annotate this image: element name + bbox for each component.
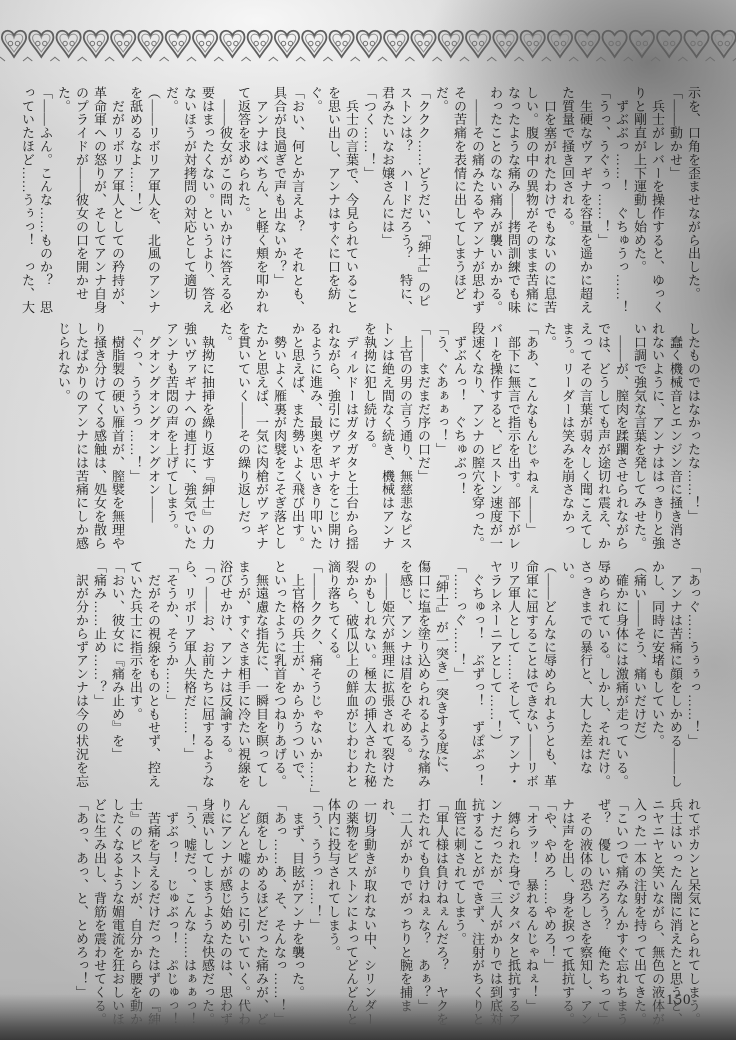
text-column: 「――まだまだ序の口だ」 <box>414 322 432 558</box>
text-column: まうが、すぐさま相手に冷たい視線を <box>234 560 252 796</box>
text-column: 滴り落ちてくる。 <box>324 560 342 796</box>
text-column: ずぶんっ！ ぐちゅぶっ！ <box>450 322 468 558</box>
text-column: ――その痛みたるやアンナが思わず <box>468 86 486 322</box>
text-band-3: 「あっぐ……うぅぅっ……！」 アンナは苦痛に顔をしかめる――しかし、同時に安堵も… <box>82 560 702 796</box>
text-column: 「ああ、こんなもんじゃねぇ――」 <box>522 322 540 558</box>
text-column: 傷口に塩を塗り込められるような痛み <box>414 560 432 796</box>
text-column: い口調で強気な言葉を発してみせた。 <box>630 322 648 558</box>
text-column: 部下に無言で指示を出す。部下がレ <box>504 322 522 558</box>
text-column: バーを操作すると、ピストン速度が一 <box>486 322 504 558</box>
text-column: 口を塞がれたわけでもないのに息苦 <box>540 86 558 322</box>
text-column: たかと思えば、一気に肉槍がヴァギナ <box>252 322 270 558</box>
text-column: を舐めるなよ……！） <box>126 86 144 322</box>
text-column: 樹脂製の硬い雁首が、膣襞を無理や <box>108 322 126 558</box>
text-column: じられない。 <box>54 322 72 558</box>
text-column: リア軍人として……そして、アンナ・ <box>504 560 522 796</box>
text-column: 兵士がレバーを操作すると、ゆっく <box>648 86 666 322</box>
text-column: 示を、口角を歪ませながら出した。 <box>684 86 702 322</box>
text-column: かし、同時に安堵もしていた。 <box>648 560 666 796</box>
text-column: 「っ――お、お前たちに屈するような <box>198 560 216 796</box>
text-column: 「ぐっ、うううっ……！」 <box>126 322 144 558</box>
text-column: 「おい、何とか言えよ？ それとも、 <box>288 86 306 322</box>
text-column: 「う、ぐあぁぁっ！」 <box>432 322 450 558</box>
text-column: 「ククク……どうだい、『紳士』のピ <box>414 86 432 322</box>
text-column: 「痛み……止め……？」 <box>90 560 108 796</box>
text-column: （――リボリア軍人を、北風のアンナ <box>144 86 162 322</box>
text-column: ないほうが対拷問の対応として適切だ。 <box>162 86 198 322</box>
text-column: したものではなかったな……！」 <box>684 322 702 558</box>
text-column: トンは絶え間なく続き、機械はアンナ <box>378 322 396 558</box>
text-column: れながら、強引にヴァギナをこじ開け <box>324 322 342 558</box>
text-column: 君みたいなお嬢さんには」 <box>378 86 396 322</box>
text-column: て返答を求められた。 <box>234 86 252 322</box>
text-band-2: したものではなかったな……！」 蠢く機械音とエンジン音に掻き消されないように、ア… <box>82 322 702 558</box>
text-column: を執拗に犯し続ける。 <box>360 322 378 558</box>
text-column: 勢いよく雁裏が肉襞をこそぎ落とし <box>270 322 288 558</box>
text-column: 具合が良過ぎで声も出ないか？」 <box>270 86 288 322</box>
text-column: 生硬なヴァギナを容量を遥かに超え <box>576 86 594 322</box>
text-column: 上官格の兵士が、からかうついで、 <box>288 560 306 796</box>
text-column: アンナはべちん、と軽く頬を叩かれ <box>252 86 270 322</box>
text-column: では、どうしても声が途切れ震え、か <box>594 322 612 558</box>
text-column: 要はまったくない。というより、答え <box>198 86 216 322</box>
text-column: ら、リボリア軍人失格だ……！」 <box>180 560 198 796</box>
text-column: アンナも苦悶の声を上げてしまう。 <box>162 322 180 558</box>
text-column: なったような痛み――拷問訓練でも味 <box>504 86 522 322</box>
text-column: 「あっぐ……うぅぅっ……！」 <box>684 560 702 796</box>
text-column: といったように乳首をつねりあげる。 <box>270 560 288 796</box>
text-column: グオングオングオングオン―― <box>144 322 162 558</box>
text-column: 裂から、破瓜以上の鮮血がじわじわと <box>342 560 360 796</box>
text-column: 無遠慮な指先に、一瞬目を瞑ってし <box>252 560 270 796</box>
text-column: ぐちゅっ！ ぶずっ！ ずぽぶっ！ <box>468 560 486 796</box>
text-column: ていた兵士に指示を出す。 <box>126 560 144 796</box>
text-column: 段速くなり、アンナの膣穴を穿った。 <box>468 322 486 558</box>
text-column: っていたほど……うぅっ！ った、大 <box>18 86 36 322</box>
page-bottom-shadow <box>0 994 736 1040</box>
text-column: 確かに身体には激痛が走っている。 <box>612 560 630 796</box>
scanned-book-page: 示を、口角を歪ませながら出した。「――動かせ」 兵士がレバーを操作すると、ゆっく… <box>0 0 736 1040</box>
text-column: 強いヴァギナへの連打に、強気でいた <box>180 322 198 558</box>
text-column: を感じ、アンナは眉をひそめる。 <box>396 560 414 796</box>
text-column: 革命軍への怒りが、そしてアンナ自身 <box>90 86 108 322</box>
text-column: だがその視線をものともせず、控え <box>144 560 162 796</box>
text-column: ディルドーはガタガタと土台から揺 <box>342 322 360 558</box>
text-column: 『紳士』が一突き一突きする度に、 <box>432 560 450 796</box>
text-column: さっきまでの暴行と、大した差はない。 <box>558 560 594 796</box>
text-column: 上官の男の言う通り、無慈悲なピス <box>396 322 414 558</box>
text-column: だがリボリア軍人としての矜持が、 <box>108 86 126 322</box>
text-column: （――どんなに辱められようとも、革 <box>540 560 558 796</box>
text-column: た質量で掻き回される。 <box>558 86 576 322</box>
text-column: を思い出し、アンナはすぐに口を紡ぐ。 <box>306 86 342 322</box>
text-column: 「……っぐ……！」 <box>450 560 468 796</box>
text-column: 辱められている。しかし、それだけ。 <box>594 560 612 796</box>
text-column: （痛い――そう、痛いだけだ） <box>630 560 648 796</box>
text-column: 「――ククク、痛そうじゃないか……」 <box>306 560 324 796</box>
text-column: ずぶぶっ……！ ぐちゅうっ……！ <box>612 86 630 322</box>
text-column: り掻き分けてくる感触は、処女を散ら <box>90 322 108 558</box>
text-column: 執拗に抽挿を繰り返す『紳士』の力 <box>198 322 216 558</box>
text-column: 「――動かせ」 <box>666 86 684 322</box>
text-column: 「つく……！」 <box>360 86 378 322</box>
text-column: 蠢く機械音とエンジン音に掻き消さ <box>666 322 684 558</box>
text-column: ――彼女がこの問いかけに答える必 <box>216 86 234 322</box>
text-column: えってその言葉が弱々しく聞こえてし <box>576 322 594 558</box>
page-number: 150 <box>666 992 692 1009</box>
text-band-1: 示を、口角を歪ませながら出した。「――動かせ」 兵士がレバーを操作すると、ゆっく… <box>82 86 702 322</box>
text-column: のプライドが――彼女の口を開かせた。 <box>54 86 90 322</box>
text-column: るように進み、最奥を思いきり叩いた <box>306 322 324 558</box>
text-column: その苦痛を表情に出してしまうほどだ。 <box>432 86 468 322</box>
text-column: したばかりのアンナには苦痛にしか感 <box>72 322 90 558</box>
text-column: ストンは？ ハードだろう？ 特に、 <box>396 86 414 322</box>
text-column: のかもしれない。極太の挿入された秘 <box>360 560 378 796</box>
text-column: ――姫穴が無理に拡張されて裂けた <box>378 560 396 796</box>
text-column: 兵士の言葉で、今見られていること <box>342 86 360 322</box>
text-column: りと剛直が上下運動し始めた。 <box>630 86 648 322</box>
text-column: 「そうか、そうか……」 <box>162 560 180 796</box>
text-column: アンナは苦痛に顔をしかめる――し <box>666 560 684 796</box>
text-column: 「――ふん。こんな……ものか？ 思 <box>36 86 54 322</box>
text-column: 命軍に屈することはできない――リボ <box>522 560 540 796</box>
text-column: 浴びせかけ、アンナは反論する。 <box>216 560 234 796</box>
text-column: ――が、膣肉を蹂躙させられながら <box>612 322 630 558</box>
text-column: わったことのない痛みが襲いかかる。 <box>486 86 504 322</box>
text-column: 訳が分からずアンナは今の状況を忘 <box>72 560 90 796</box>
text-column: 「おい、彼女に『痛み止め』を」 <box>108 560 126 796</box>
text-column: まう。リーダーは笑みを崩さなかった。 <box>540 322 576 558</box>
text-column: れないように、アンナははっきりと強 <box>648 322 666 558</box>
text-column: かと思えば、また勢いよく飛び出す。 <box>288 322 306 558</box>
text-column: を貫いていく――その繰り返しだった。 <box>216 322 252 558</box>
text-column: ヤラレネーニアとして……！） <box>486 560 504 796</box>
heart-border-icon <box>0 27 736 65</box>
text-column: しい。腹の中の異物がそのまま苦痛に <box>522 86 540 322</box>
text-column: 「うっ、うぐぅっ……！」 <box>594 86 612 322</box>
